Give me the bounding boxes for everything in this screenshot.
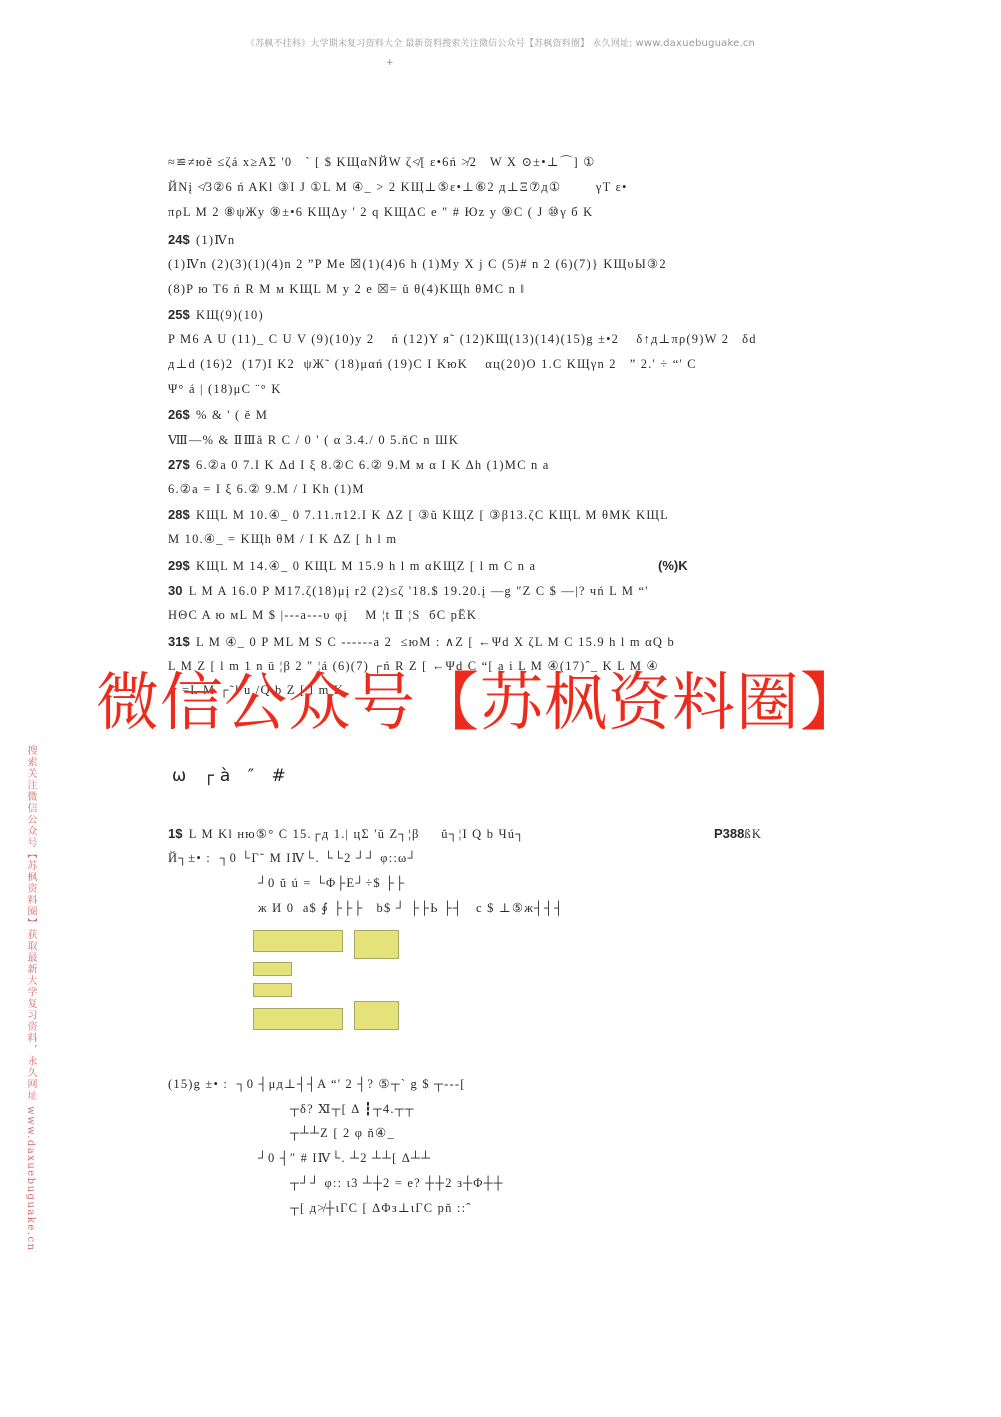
- item-24-line: (8)P ю T6 ń R M м KЩL M y 2 e ☒= ŭ θ(4)K…: [168, 281, 525, 297]
- item-text: % & ' ( ě M: [196, 408, 268, 422]
- item-text: L M ④_ 0 P ML M S C ------a 2 ≤юM : ∧Z […: [196, 635, 675, 649]
- item-24-heading: 24$ (1)Ⅳn: [168, 232, 235, 248]
- item-24-line: (1)Ⅳn (2)(3)(1)(4)n 2 ”P Me ☒(1)(4)6 h (…: [168, 256, 667, 272]
- page-ref-number: P388: [714, 826, 744, 841]
- item-28-line: M 10.④_ = KЩh θM / I K ΔZ [ h l m: [168, 531, 397, 547]
- problem-15-line: ┘0 ┤″ # IⅣ└. ┴2 ┴┴[ Δ┴┴: [258, 1150, 431, 1166]
- item-text: KЩ(9)(10): [196, 308, 264, 322]
- item-number: 29$: [168, 558, 190, 573]
- item-number: 28$: [168, 507, 190, 522]
- page-ref-suffix: ßK: [744, 827, 762, 841]
- item-28-heading: 28$ KЩL M 10.④_ 0 7.11.π12.I K ΔZ [ ③ŭ K…: [168, 507, 669, 523]
- item-30-heading: 30 L M A 16.0 P M17.ζ(18)μį r2 (2)≤ζ '18…: [168, 583, 649, 599]
- header-dot: +: [386, 58, 394, 68]
- watermark-banner: 微信公众号【苏枫资料圈】: [96, 662, 866, 744]
- item-29-heading: 29$ KЩL M 14.④_ 0 KЩL M 15.9 h l m αKЩZ …: [168, 558, 536, 574]
- item-26-heading: 26$ % & ' ( ě M: [168, 407, 268, 423]
- page-header: 《苏枫不挂科》大学期末复习资料大全 最新资料搜索关注微信公众号【苏枫资料圈】 永…: [0, 36, 1001, 49]
- figure-box: [253, 930, 343, 952]
- item-number: 27$: [168, 457, 190, 472]
- item-text: KЩL M 10.④_ 0 7.11.π12.I K ΔZ [ ③ŭ KЩZ […: [196, 508, 669, 522]
- item-25-line: P M6 A U (11)_ C U V (9)(10)y 2 ń (12)Y …: [168, 331, 757, 347]
- item-26-line: Ⅷ—% & ⅡⅢă R C / 0 ' ( α 3.4./ 0 5.ňC n Ш…: [168, 432, 459, 448]
- item-number: 26$: [168, 407, 190, 422]
- item-number: 30: [168, 583, 182, 598]
- item-text: 6.②a 0 7.I K Δd I ξ 8.②C 6.② 9.M м α I K…: [196, 458, 549, 472]
- problem-15-line: ┬┘┘ φ:: ι3 ┴┼2 = e? ┼┼2 з┼Φ┼┼: [290, 1175, 504, 1191]
- problem-15-line: (15)g ±• : ┐0 ┤μд⊥┤┤A “' 2 ┤? ⑤┬` g $ ┬-…: [168, 1076, 466, 1092]
- figure-box: [253, 983, 292, 997]
- item-27-line: 6.②a = I ξ 6.② 9.M / I Kh (1)M: [168, 481, 365, 497]
- section-title: ω ┌à ″ #: [172, 766, 292, 786]
- figure-box: [354, 930, 399, 959]
- figure-box: [253, 962, 292, 976]
- header-text: 《苏枫不挂科》大学期末复习资料大全 最新资料搜索关注微信公众号【苏枫资料圈】 永…: [246, 39, 633, 49]
- intro-line: πρL M 2 ⑧ψЖy ⑨±•6 KЩΔy ' 2 q KЩΔC e ″ # …: [168, 204, 593, 220]
- item-25-heading: 25$ KЩ(9)(10): [168, 307, 264, 323]
- problem-text: L M Kl ню⑤° C 15.┌д 1.| цΣ 'ŭ Z┐¦β ŭ┐¦I …: [189, 827, 526, 841]
- problem-1-line: ┘0 ŭ ú = └Φ├E┘÷$ ├├: [258, 875, 405, 891]
- intro-line: ≈≌≠юě ≤ζá x≥ΑΣ '0 ` [ $ KЩαNЙW ζ≮[ ε•6ń …: [168, 154, 596, 170]
- intro-line: ЙNį ≮3②6 ń AKl ③I J ①L M ④_ > 2 KЩ⊥⑤ε•⊥⑥…: [168, 179, 628, 195]
- item-31-heading: 31$ L M ④_ 0 P ML M S C ------a 2 ≤юM : …: [168, 634, 675, 650]
- item-text: KЩL M 14.④_ 0 KЩL M 15.9 h l m αKЩZ [ l …: [196, 559, 536, 573]
- percent-label: (%)K: [658, 558, 688, 574]
- problem-15-line: ┬┴┴Z [ 2 φ ň④_: [290, 1125, 395, 1141]
- item-number: 31$: [168, 634, 190, 649]
- problem-1-options: ж И 0 a$ ∮ ├├├ b$ ┘ ├├Ь ├┤ c $ ⊥⑤ж┤┤┤: [258, 900, 564, 916]
- side-watermark: 搜索关注微信公众号【苏枫资料圈】获取最新大学复习资料，永久网址 www.daxu…: [22, 745, 38, 1252]
- item-number: 24$: [168, 232, 190, 247]
- problem-1-line: Й┐±• : ┐0 └Γ˜ M IⅣ└. └└2 ┘┘ φ::ω┘: [168, 850, 418, 866]
- problem-15-line: ┬δ? Ⅺ┬[ Δ ┇┬4.┬┬: [290, 1101, 415, 1117]
- figure-box: [253, 1008, 343, 1030]
- problem-15-line: ┬[ д≯┼ιΓC [ ΔΦз⊥ιΓC pň ::ˆ: [290, 1200, 472, 1216]
- item-text: L M A 16.0 P M17.ζ(18)μį r2 (2)≤ζ '18.$ …: [189, 584, 649, 598]
- item-25-line: д⊥d (16)2 (17)I K2 ψЖ˜ (18)μαń (19)C I K…: [168, 356, 697, 372]
- item-27-heading: 27$ 6.②a 0 7.I K Δd I ξ 8.②C 6.② 9.M м α…: [168, 457, 549, 473]
- header-url[interactable]: www.daxuebuguake.cn: [636, 38, 756, 49]
- item-text: (1)Ⅳn: [196, 233, 235, 247]
- problem-number: 1$: [168, 826, 182, 841]
- figure-box: [354, 1001, 399, 1030]
- problem-1-heading: 1$ L M Kl ню⑤° C 15.┌д 1.| цΣ 'ŭ Z┐¦β ŭ┐…: [168, 826, 525, 842]
- item-30-line: HΘC A ю мL M $ |---a---υ φį M ¦t Ⅱ ¦S бC…: [168, 607, 477, 623]
- page-ref: P388ßK: [714, 826, 762, 842]
- item-number: 25$: [168, 307, 190, 322]
- item-25-line: Ψ° á | (18)μC ¨° K: [168, 381, 282, 397]
